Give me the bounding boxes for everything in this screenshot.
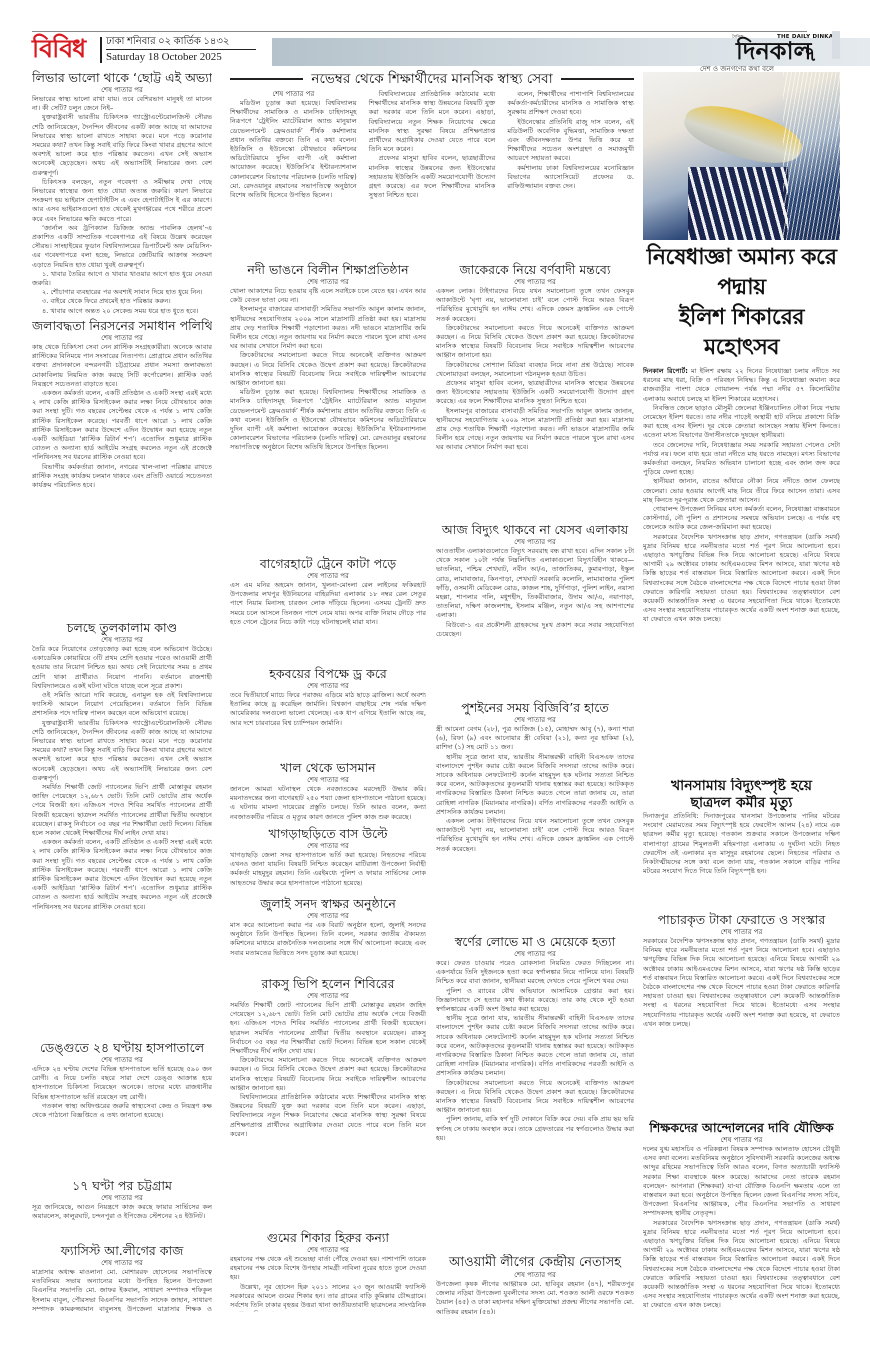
masthead-edge bbox=[832, 31, 840, 59]
continued-label: শেষ পাতার পর bbox=[643, 928, 840, 937]
headline: পুশইনের সময় বিজিবি’র হাতে bbox=[436, 700, 634, 716]
article-body: সমর্থিত শিক্ষার্থী জোট প্যানেলের ভিপি প্… bbox=[230, 1001, 426, 1139]
article-money: পাচারকৃত টাকা ফেরাতে ও সংস্কার শেষ পাতার… bbox=[643, 912, 840, 1112]
article-body: সূত্র জানিয়েছে, আগুন নিয়ন্ত্রণে কাজ কর… bbox=[32, 1203, 212, 1221]
article-body: স্ত্রী আমেনা বেগম (২৮), পুত্র আজিজ (১৫),… bbox=[436, 725, 634, 854]
paragraph: প্রফেসর মাসুমা হাবিব বলেন, ছাত্রছাত্রীদে… bbox=[436, 379, 634, 407]
paragraph: ওই সমিতি আরো দাবি করেছে, এনামুল হক ওই বি… bbox=[32, 691, 212, 719]
paragraph: প্রফেসর মাসুমা হাবিব বলেন, ছাত্রছাত্রীদে… bbox=[369, 154, 496, 200]
article-gold: স্বর্ণের লোভে মা ও মেয়েকে হত্যা শেষ পাত… bbox=[436, 934, 634, 1244]
headline-line-1: খানসামায় বিদ্যুৎস্পৃষ্ট হয়ে bbox=[643, 778, 840, 795]
article-train: বাগেরহাটে ট্রেনে কাটা পড়ে শেষ পাতার পর … bbox=[230, 556, 426, 664]
paragraph: আওতাধীন এলাকাগুলোতে বিদ্যুৎ সরবরাহ বন্ধ … bbox=[436, 547, 634, 621]
paragraph: মডিউল চূড়ান্ত করা হয়েছে। বিশ্ববিদ্যালয… bbox=[230, 99, 357, 200]
article-gumer: গুমের শিকার হিরুর কন্যা শেষ পাতার পর রহম… bbox=[230, 1230, 426, 1312]
article-dengue: ডেঙ্গুতে ২৪ ঘণ্টায় হাসপাতালে শেষ পাতার … bbox=[32, 1040, 212, 1140]
headline: রাকসু ভিপি হলেন শিবিরের bbox=[230, 976, 426, 992]
article-ctg-fire: ১৭ ঘণ্টা পর চট্টগ্রাম শেষ পাতার পর সূত্র… bbox=[32, 1178, 212, 1238]
continued-label: শেষ পাতার পর bbox=[230, 90, 357, 99]
paragraph: যুক্তরাষ্ট্রবাসী ভারতীয় চিকিৎসক গ্যাস্ট… bbox=[32, 113, 212, 177]
paragraph: একদল লোক। টাইগারদের নিয়ে যখন সমালোচনা ত… bbox=[436, 817, 634, 854]
paragraph: সরকারের বৈদেশিক ঋণসংক্রান্ত ছাড় প্রদান,… bbox=[643, 1219, 840, 1311]
page-number: ৭ bbox=[804, 40, 817, 73]
date-bengali: ঢাকা শনিবার ০২ কার্তিক ১৪৩২ bbox=[106, 35, 256, 50]
article-chhatradal: খানসামায় বিদ্যুৎস্পৃষ্ট হয়ে ছাত্রদল কর… bbox=[643, 778, 840, 908]
headline: শিক্ষকদের আন্দোলনের দাবি যৌক্তিক bbox=[643, 1120, 840, 1136]
paragraph: মাস করে আলোচনা করার পর এক বিরাট অনুষ্ঠান… bbox=[230, 921, 426, 958]
paragraph: মডিউল চূড়ান্ত করা হয়েছে। বিশ্ববিদ্যালয… bbox=[230, 388, 426, 452]
article-plastic: জলাবদ্ধতা নিরসনের সমাধান পলিথিন শেষ পাতা… bbox=[32, 318, 212, 618]
headline: ডেঙ্গুতে ২৪ ঘণ্টায় হাসপাতালে bbox=[32, 1040, 212, 1056]
continued-label: শেষ পাতার পর bbox=[32, 636, 212, 645]
article-body: লিভারের স্বাস্থ্য ভালো রাখা যায়। তবে বে… bbox=[32, 95, 212, 316]
paragraph: নিবন্ধিত জেলে ছাড়াও মৌসুমী জেলেরা ইঞ্জি… bbox=[643, 404, 840, 441]
article-body: এস এম মনির অহমেদ জানান, খুলনা-মোংলা রেল … bbox=[230, 581, 426, 627]
headline: নভেম্বর থেকে শিক্ষার্থীদের মানসিক স্বাস্… bbox=[311, 70, 552, 88]
article-liver: লিভার ভালো থাকে ‘ছোট্ট এই অভ্যাসে’ শেষ প… bbox=[32, 70, 212, 328]
paragraph: উল্লেখ্য, নূর হোসেন হিরু ২০১১ সালের ২৩ জ… bbox=[230, 1283, 426, 1312]
headline: পাচারকৃত টাকা ফেরাতে ও সংস্কার bbox=[643, 912, 840, 928]
paragraph: সরকারের বৈদেশিক ঋণসংক্রান্ত ছাড় প্রদান,… bbox=[643, 533, 840, 625]
paragraph: তৈরি করে নিয়োগের তোড়জোড় করা হচ্ছে বলে… bbox=[32, 645, 212, 691]
article-body: শেষ পাতার পর মডিউল চূড়ান্ত করা হয়েছে। … bbox=[230, 90, 634, 200]
section-logo: বিবিধ bbox=[32, 35, 85, 63]
continued-label: শেষ পাতার পর bbox=[230, 278, 426, 287]
paragraph: চিকিৎসক বলছেন, নতুন গবেষণা ও সমীক্ষায় দ… bbox=[32, 178, 212, 224]
paragraph: বিশ্ববিদ্যালয়ের প্রাতিষ্ঠানিক কাঠামোর ম… bbox=[369, 90, 496, 154]
article-july: জুলাই সনদ স্বাক্ষর অনুষ্ঠানে শেষ পাতার প… bbox=[230, 896, 426, 972]
article-tulkalam: চলছে তুলকালাম কাণ্ড শেষ পাতার পর তৈরি কর… bbox=[32, 620, 212, 1030]
paragraph: দিনাজপুর প্রতিনিধি: দিনাজপুরের খানসামা উ… bbox=[643, 812, 840, 876]
headline: আজ বিদ্যুৎ থাকবে না যেসব এলাকায় bbox=[436, 522, 634, 538]
article-body: সরকারের বৈদেশিক ঋণসংক্রান্ত ছাড় প্রদান,… bbox=[643, 937, 840, 1029]
paragraph: একজন কর্মকর্তা বলেন, একটি প্রতিষ্ঠান ও এ… bbox=[32, 838, 212, 912]
continued-label: শেষ পাতার পর bbox=[32, 1259, 212, 1268]
continued-label: শেষ পাতার পর bbox=[230, 776, 426, 785]
paragraph: দলের যুগ্ম মহাসচিব ও পরিকল্পনা বিষয়ক সম… bbox=[643, 1145, 840, 1219]
paragraph: উপজেলা কৃষক লীগের আহ্বায়ক মো. হাবিবুর র… bbox=[436, 1280, 634, 1314]
date-english: Saturday 18 October 2025 bbox=[106, 50, 256, 64]
continued-label: শেষ পাতার পর bbox=[436, 1271, 634, 1280]
paragraph: সরকারের বৈদেশিক ঋণসংক্রান্ত ছাড় প্রদান,… bbox=[643, 937, 840, 1029]
headline: নদী ভাঙনে বিলীন শিক্ষাপ্রতিষ্ঠান bbox=[230, 262, 426, 278]
article-body: জানলে আমরা ঘটনাস্থল থেকে নবজাতকের মরদেহট… bbox=[230, 785, 426, 822]
paragraph: পুলিশ ও র‌্যাবের যৌথ অভিযানে আসামিকে গ্র… bbox=[436, 987, 634, 1015]
article-body: তবে দ্বিতীয়ার্ধে ম্যাচে ফিরে পরাজয় এড়… bbox=[230, 691, 426, 728]
paragraph: মাদ্রাসার অধ্যক্ষ মাওলানা মো. মোশাররফ হো… bbox=[32, 1268, 212, 1313]
paragraph: ক্রিকেটারদের সোশ্যাল মিডিয়া ব্যবহার নিয… bbox=[436, 361, 634, 379]
headline: বাগেরহাটে ট্রেনে কাটা পড়ে bbox=[230, 556, 426, 572]
continued-label: শেষ পাতার পর bbox=[32, 1194, 212, 1203]
article-body: খাগড়াছড়ি জেলা সদর হাসপাতালে ভর্তি করা … bbox=[230, 851, 426, 888]
article-body: এদিকে ২৪ ঘণ্টায় দেশের বিভিন্ন হাসপাতালে… bbox=[32, 1065, 212, 1120]
article-zakir: জাকেরকে নিয়ে বর্ণবাদী মন্তব্যে শেষ পাতা… bbox=[436, 262, 634, 558]
article-mental-health: নভেম্বর থেকে শিক্ষার্থীদের মানসিক স্বাস্… bbox=[230, 70, 634, 255]
paragraph: স্থানীয় সূত্রে জানা যায়, ভারতীয় সীমান… bbox=[436, 1014, 634, 1078]
continued-label: শেষ পাতার পর bbox=[230, 992, 426, 1001]
headline: হকবয়ের বিপক্ষে ড্র করে bbox=[230, 666, 426, 682]
article-body: খোলা আকাশের নিচে হওয়ায় বৃষ্টি এলে সবাই… bbox=[230, 287, 426, 453]
paragraph: যুক্তরাষ্ট্রবাসী ভারতীয় চিকিৎসক গ্যাস্ট… bbox=[32, 719, 212, 783]
headline: ফ্যাসিস্ট আ.লীগের কাজ bbox=[32, 1243, 212, 1259]
article-body: তৈরি করে নিয়োগের তোড়জোড় করা হচ্ছে বলে… bbox=[32, 645, 212, 912]
article-body: একদল লোক। টাইগারদের নিয়ে যখন সমালোচনা ত… bbox=[436, 287, 634, 453]
article-body: কাছ থেকে চিকিৎসা সেবা নেন প্লাস্টিক সংগ্… bbox=[32, 343, 212, 490]
paragraph: খোলা আকাশের নিচে হওয়ায় বৃষ্টি এলে সবাই… bbox=[230, 287, 426, 305]
article-canal: খাল থেকে ভাসমান শেষ পাতার পর জানলে আমরা … bbox=[230, 760, 426, 824]
article-electricity: আজ বিদ্যুৎ থাকবে না যেসব এলাকায় শেষ পাত… bbox=[436, 522, 634, 698]
logo-separator bbox=[100, 37, 102, 63]
newspaper-page: বিবিধ ঢাকা শনিবার ০২ কার্তিক ১৪৩২ Saturd… bbox=[0, 0, 870, 1352]
article-body: মাস করে আলোচনা করার পর এক বিরাট অনুষ্ঠান… bbox=[230, 921, 426, 958]
paragraph: গতকাল স্বাস্থ্য অধিদপ্তরের জরুরি স্বাস্থ… bbox=[32, 1102, 212, 1120]
article-fascist: ফ্যাসিস্ট আ.লীগের কাজ শেষ পাতার পর মাদ্র… bbox=[32, 1243, 212, 1313]
continued-label: শেষ পাতার পর bbox=[230, 1246, 426, 1255]
paragraph: পুলিশ জানায়, বাকি স্বর্ণ দুটি দোকানে বি… bbox=[436, 1115, 634, 1143]
paragraph: জানলে আমরা ঘটনাস্থল থেকে নবজাতকের মরদেহট… bbox=[230, 785, 426, 822]
paragraph: গোয়ালন্দ উপজেলা সিনিয়র মৎস্য কর্মকর্তা… bbox=[643, 505, 840, 533]
date-block: ঢাকা শনিবার ০২ কার্তিক ১৪৩২ Saturday 18 … bbox=[106, 35, 256, 64]
continued-label: শেষ পাতার পর bbox=[32, 1056, 212, 1065]
article-body: দিনকাল রিপোর্ট: মা ইলিশ রক্ষায় ২২ দিনের… bbox=[643, 367, 840, 625]
article-river: নদী ভাঙনে বিলীন শিক্ষাপ্রতিষ্ঠান শেষ পাত… bbox=[230, 262, 426, 554]
paragraph: ইউনেস্কোর প্রতিনিধি রাজু দাস বলেন, এই মড… bbox=[507, 118, 634, 164]
headline-rule-left bbox=[230, 78, 303, 80]
article-teachers: শিক্ষকদের আন্দোলনের দাবি যৌক্তিক শেষ পাত… bbox=[643, 1120, 840, 1315]
continued-label: শেষ পাতার পর bbox=[230, 572, 426, 581]
paragraph: ইসলামপুর বাজারের বাসাবাড়ী সমিতির সভাপতি… bbox=[436, 407, 634, 453]
article-body: উপজেলা কৃষক লীগের আহ্বায়ক মো. হাবিবুর র… bbox=[436, 1280, 634, 1314]
paragraph: স্থানীয় সূত্রে জানা যায়, ভারতীয় সীমান… bbox=[436, 753, 634, 817]
paragraph: এদিকে ২৪ ঘণ্টায় দেশের বিভিন্ন হাসপাতালে… bbox=[32, 1065, 212, 1102]
paragraph: ২. শৌচাগার ব্যবহারের পর অবশ্যই সাবান দিয… bbox=[32, 288, 212, 297]
continued-label: শেষ পাতার পর bbox=[436, 278, 634, 287]
photo-net bbox=[783, 72, 840, 240]
paragraph: বিশ্ববিদ্যালয়ের প্রাতিষ্ঠানিক কাঠামোর ম… bbox=[230, 1093, 426, 1139]
headline: চলছে তুলকালাম কাণ্ড bbox=[32, 620, 212, 636]
article-bgb: পুশইনের সময় বিজিবি’র হাতে শেষ পাতার পর … bbox=[436, 700, 634, 932]
byline: দিনকাল রিপোর্ট: bbox=[643, 367, 688, 375]
article-hilsa: নিষেধাজ্ঞা অমান্য করে পদ্মায় ইলিশ শিকার… bbox=[643, 243, 840, 773]
headline: গুমের শিকার হিরুর কন্যা bbox=[230, 1230, 426, 1246]
paragraph: করে। ফেরত চাওয়ার পরেও রোকসানা নিয়মিত ফ… bbox=[436, 959, 634, 987]
paragraph: ৩. বাইরে থেকে ফিরে প্রথমেই হাত পরিষ্কার … bbox=[32, 297, 212, 306]
photo-clothing bbox=[688, 167, 788, 240]
continued-label: শেষ পাতার পর bbox=[436, 716, 634, 725]
headline-line-2: ছাত্রদল কর্মীর মৃত্যু bbox=[643, 795, 840, 812]
continued-label: শেষ পাতার পর bbox=[436, 538, 634, 547]
article-hockey: হকবয়ের বিপক্ষে ড্র করে শেষ পাতার পর তবে… bbox=[230, 666, 426, 756]
paragraph: ১. খাবার তৈরির আগে ও খাবার খাওয়ার আগে হ… bbox=[32, 270, 212, 288]
paragraph: ক্রিকেটারদের সমালোচনা করতে গিয়ে অনেকেই … bbox=[436, 1079, 634, 1116]
paragraph: তবে জেলেদের দাবি, নিষেধাজ্ঞার সময় সরকার… bbox=[643, 441, 840, 478]
paragraph: একদল লোক। টাইগারদের নিয়ে যখন সমালোচনা ত… bbox=[436, 287, 634, 324]
paragraph: বিভাগীয় কর্মকর্তারা জানান, নগরের খাল-না… bbox=[32, 463, 212, 491]
paragraph: বলেন, শিক্ষার্থীদের পাশাপাশি বিশ্ববিদ্যা… bbox=[507, 90, 634, 118]
paragraph: ‘জার্নাল অব ট্রপিক্যাল ডিজিজ অ্যান্ড পাব… bbox=[32, 224, 212, 270]
article-awami: আওয়ামী লীগের কেন্দ্রীয় নেতাসহ শেষ পাতা… bbox=[436, 1254, 634, 1314]
continued-label: শেষ পাতার পর bbox=[643, 1136, 840, 1145]
article-body: মাদ্রাসার অধ্যক্ষ মাওলানা মো. মোশাররফ হো… bbox=[32, 1268, 212, 1313]
headline-line-2: ইলিশ শিকারের মহোৎসব bbox=[643, 303, 840, 363]
continued-label: শেষ পাতার পর bbox=[32, 86, 212, 95]
paragraph: ক্রিকেটারদের সমালোচনা করতে গিয়ে অনেকেই … bbox=[230, 1056, 426, 1093]
continued-label: শেষ পাতার পর bbox=[230, 682, 426, 691]
headline: ১৭ ঘণ্টা পর চট্টগ্রাম bbox=[32, 1178, 212, 1194]
continued-label: শেষ পাতার পর bbox=[230, 842, 426, 851]
headline: খাগড়াছড়িতে বাস উল্টে bbox=[230, 826, 426, 842]
headline-row: নভেম্বর থেকে শিক্ষার্থীদের মানসিক স্বাস্… bbox=[230, 70, 634, 88]
paragraph: সূত্র জানিয়েছে, আগুন নিয়ন্ত্রণে কাজ কর… bbox=[32, 1203, 212, 1221]
article-bus: খাগড়াছড়িতে বাস উল্টে শেষ পাতার পর খাগড… bbox=[230, 826, 426, 892]
article-body: দলের যুগ্ম মহাসচিব ও পরিকল্পনা বিষয়ক সম… bbox=[643, 1145, 840, 1311]
paragraph: স্ত্রী আমেনা বেগম (২৮), পুত্র আজিজ (১৫),… bbox=[436, 725, 634, 753]
paragraph: স্থানীয়রা জানান, রাতের আঁধারে নৌকা নিয়… bbox=[643, 477, 840, 505]
paragraph: কর্মশালায় ঢাকা বিশ্ববিদ্যালয়ের মনোবিজ্… bbox=[507, 164, 634, 192]
paragraph: ৪. খাবার আগে অন্তত ২০ সেকেন্ড সময় ধরে হ… bbox=[32, 307, 212, 316]
hilsa-fishing-photo bbox=[643, 72, 840, 240]
paragraph: সমর্থিত শিক্ষার্থী জোট প্যানেলের ভিপি প্… bbox=[230, 1001, 426, 1056]
paragraph: কাছ থেকে চিকিৎসা সেবা নেন প্লাস্টিক সংগ্… bbox=[32, 343, 212, 389]
headline: স্বর্ণের লোভে মা ও মেয়েকে হত্যা bbox=[436, 934, 634, 950]
continued-label: শেষ পাতার পর bbox=[32, 334, 212, 343]
paragraph: খাগড়াছড়ি জেলা সদর হাসপাতালে ভর্তি করা … bbox=[230, 851, 426, 888]
masthead: বিবিধ ঢাকা শনিবার ০২ কার্তিক ১৪৩২ Saturd… bbox=[32, 31, 807, 64]
headline: খাল থেকে ভাসমান bbox=[230, 760, 426, 776]
paragraph: একজন কর্মকর্তা বলেন, একটি প্রতিষ্ঠান ও এ… bbox=[32, 389, 212, 463]
headline: আওয়ামী লীগের কেন্দ্রীয় নেতাসহ bbox=[436, 1254, 634, 1271]
article-body: দিনাজপুর প্রতিনিধি: দিনাজপুরের খানসামা উ… bbox=[643, 812, 840, 876]
paragraph: ইসলামপুর বাজারের বাসাবাড়ী সমিতির সভাপতি… bbox=[230, 305, 426, 351]
paragraph: রহমানের পক্ষ থেকে এই শুভেচ্ছা বার্তা পৌঁ… bbox=[230, 1255, 426, 1283]
headline-rule-right bbox=[561, 78, 634, 80]
paragraph: তবে দ্বিতীয়ার্ধে ম্যাচে ফিরে পরাজয় এড়… bbox=[230, 691, 426, 728]
article-body: করে। ফেরত চাওয়ার পরেও রোকসানা নিয়মিত ফ… bbox=[436, 959, 634, 1143]
paragraph: বিউবো-১ এর প্রকৌশলী গ্রাহকদের দুঃখ প্রকা… bbox=[436, 621, 634, 639]
headline: লিভার ভালো থাকে ‘ছোট্ট এই অভ্যাসে’ bbox=[32, 70, 212, 86]
article-rakhu: রাকসু ভিপি হলেন শিবিরের শেষ পাতার পর সমর… bbox=[230, 976, 426, 1226]
brand-bengali: দিনকাল bbox=[736, 38, 811, 64]
headline: জলাবদ্ধতা নিরসনের সমাধান পলিথিন bbox=[32, 318, 212, 334]
headline: জাকেরকে নিয়ে বর্ণবাদী মন্তব্যে bbox=[436, 262, 634, 278]
article-body: আওতাধীন এলাকাগুলোতে বিদ্যুৎ সরবরাহ বন্ধ … bbox=[436, 547, 634, 639]
article-body: রহমানের পক্ষ থেকে এই শুভেচ্ছা বার্তা পৌঁ… bbox=[230, 1255, 426, 1312]
continued-label: শেষ পাতার পর bbox=[436, 950, 634, 959]
paragraph: লিভারের স্বাস্থ্য ভালো রাখা যায়। তবে বে… bbox=[32, 95, 212, 113]
headline-line-1: নিষেধাজ্ঞা অমান্য করে পদ্মায় bbox=[643, 243, 840, 303]
paragraph: সমর্থিত শিক্ষার্থী জোট প্যানেলের ভিপি প্… bbox=[32, 783, 212, 838]
continued-label: শেষ পাতার পর bbox=[230, 912, 426, 921]
paragraph: ক্রিকেটারদের সমালোচনা করতে গিয়ে অনেকেই … bbox=[436, 324, 634, 361]
headline: জুলাই সনদ স্বাক্ষর অনুষ্ঠানে bbox=[230, 896, 426, 912]
paragraph: ক্রিকেটারদের সমালোচনা করতে গিয়ে অনেকেই … bbox=[230, 351, 426, 388]
paragraph: এস এম মনির অহমেদ জানান, খুলনা-মোংলা রেল … bbox=[230, 581, 426, 627]
